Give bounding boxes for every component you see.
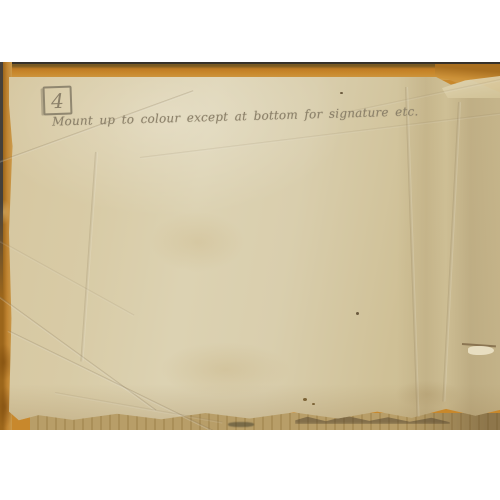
photo-of-mount-reverse: 4 Mount up to colour except at bottom fo… [0, 62, 500, 430]
stain [160, 342, 290, 397]
screenshot-canvas: 4 Mount up to colour except at bottom fo… [0, 0, 500, 500]
smudge [228, 422, 254, 427]
speck [340, 92, 343, 94]
speck [356, 312, 359, 315]
page-number-box: 4 [43, 86, 73, 116]
page-number: 4 [51, 90, 64, 110]
speck [312, 403, 315, 405]
stain [395, 380, 460, 408]
photo-left-dark-edge [0, 62, 3, 297]
tear-highlight [468, 346, 494, 355]
stain [150, 212, 245, 272]
speck [303, 398, 307, 401]
